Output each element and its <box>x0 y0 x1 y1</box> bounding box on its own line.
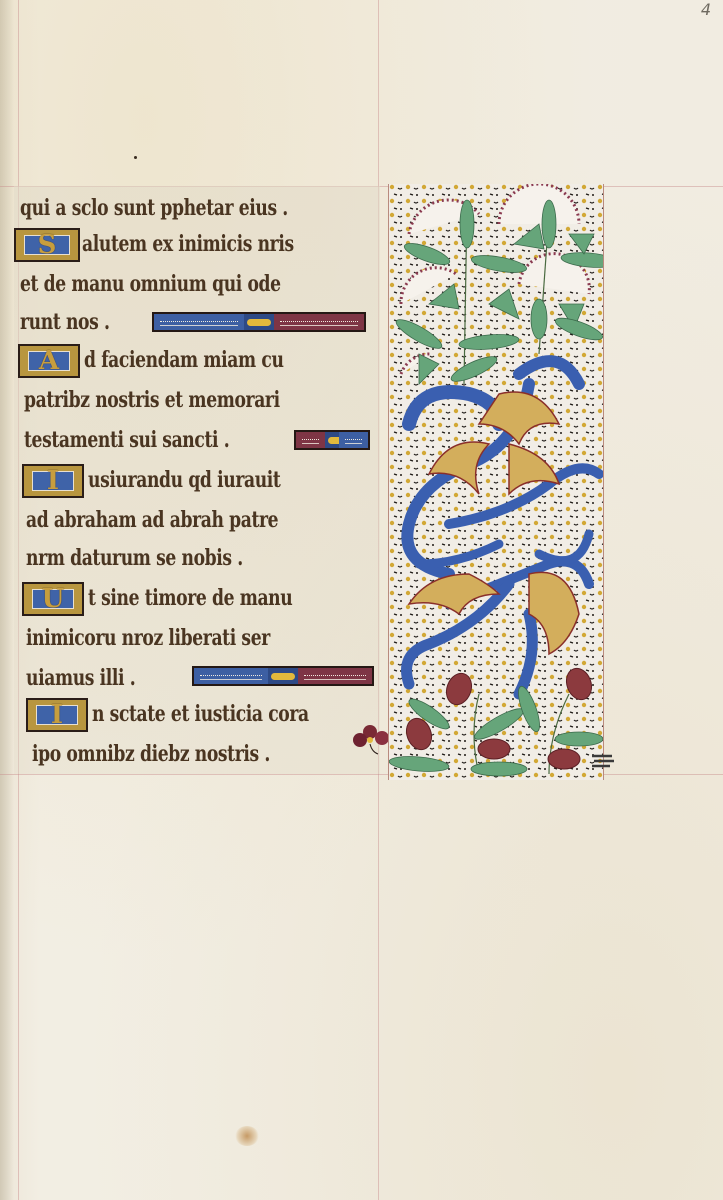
text-line: usiurandu qd iurauit <box>88 460 335 500</box>
text-line: t sine timore de manu <box>88 578 350 618</box>
text-line: uiamus illi . <box>26 658 166 698</box>
text-line: nrm daturum se nobis . <box>26 538 304 578</box>
decorated-initial: U <box>22 582 84 616</box>
decorated-initial: I <box>22 464 84 498</box>
ink-speck <box>134 156 137 159</box>
decorated-initial: A <box>18 344 80 378</box>
line-filler <box>294 430 370 450</box>
decorated-initial: I <box>26 698 88 732</box>
line-filler <box>192 666 374 686</box>
foxing-stain <box>235 1126 259 1146</box>
line-filler <box>152 312 366 332</box>
illuminated-border-panel <box>388 184 604 780</box>
text-line: qui a sclo sunt pphetar eius . <box>20 188 363 228</box>
text-line: ad abraham ad abrah patre <box>26 500 349 540</box>
text-line: alutem ex inimicis nris <box>82 224 353 264</box>
catchword-mark-icon <box>590 750 616 772</box>
text-line: et de manu omnium qui ode <box>20 264 354 304</box>
text-line: n sctate et iusticia cora <box>92 694 370 734</box>
text-line: d faciendam miam cu <box>84 340 340 380</box>
ruling-horizontal-bottom <box>0 774 723 775</box>
text-line: runt nos . <box>20 302 135 342</box>
folio-number: 4 <box>701 0 711 19</box>
text-line: patribz nostris et memorari <box>24 380 352 420</box>
acanthus-floral-border-icon <box>389 184 603 780</box>
gutter-shadow <box>0 0 14 1200</box>
text-line: ipo omnibz diebz nostris . <box>32 734 337 774</box>
decorated-initial: S <box>14 228 80 262</box>
text-line: inimicoru nroz liberati ser <box>26 618 339 658</box>
text-block: qui a sclo sunt pphetar eius . S alutem … <box>14 186 380 774</box>
text-line: testamenti sui sancti . <box>24 420 287 460</box>
